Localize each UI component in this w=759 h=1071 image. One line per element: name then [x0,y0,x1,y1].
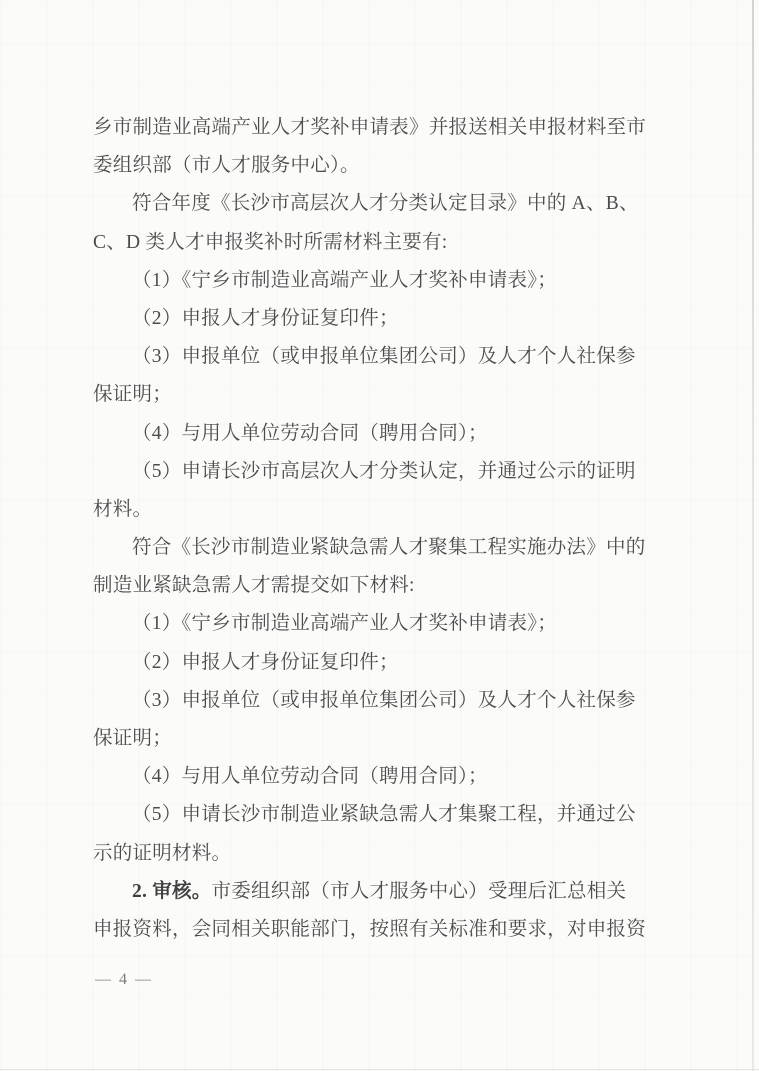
text-line: 申报资料，会同相关职能部门，按照有关标准和要求，对申报资 [93,911,653,949]
text-line-text: （5）申请长沙市制造业紧缺急需人才集聚工程，并通过公 [132,804,636,825]
text-line-text: 制造业紧缺急需人才需提交如下材料: [93,575,415,596]
text-line-text: （3）申报单位（或申报单位集团公司）及人才个人社保参 [132,690,636,711]
text-line-text: C、D 类人才申报奖补时所需材料主要有: [93,232,447,253]
scan-page-bottom-edge [0,1069,759,1070]
text-line: 保证明； [93,376,653,414]
text-line: （3）申报单位（或申报单位集团公司）及人才个人社保参 [93,682,653,720]
text-line-text: （3）申报单位（或申报单位集团公司）及人才个人社保参 [132,346,636,367]
text-line: （1）《宁乡市制造业高端产业人才奖补申请表》； [93,262,653,300]
text-line: （3）申报单位（或申报单位集团公司）及人才个人社保参 [93,338,653,376]
text-line-text: （1）《宁乡市制造业高端产业人才奖补申请表》； [132,270,557,291]
text-line: （2）申报人才身份证复印件； [93,300,653,338]
text-line: 2. 审核。市委组织部（市人才服务中心）受理后汇总相关 [93,873,653,911]
text-line-text: 委组织部（市人才服务中心）。 [93,155,360,176]
text-line-text: 材料。 [93,499,152,520]
text-line-bold-segment: 2. 审核。 [132,881,212,902]
text-line: 材料。 [93,491,653,529]
text-line: 制造业紧缺急需人才需提交如下材料: [93,567,653,605]
document-body: 乡市制造业高端产业人才奖补申请表》并报送相关申报材料至市委组织部（市人才服务中心… [93,109,653,949]
text-line: 符合《长沙市制造业紧缺急需人才聚集工程实施办法》中的 [93,529,653,567]
text-line: （2）申报人才身份证复印件； [93,644,653,682]
text-line-text: （4）与用人单位劳动合同（聘用合同）； [132,766,488,787]
text-line-text: （1）《宁乡市制造业高端产业人才奖补申请表》； [132,613,557,634]
text-line-text: （5）申请长沙市高层次人才分类认定，并通过公示的证明 [132,461,636,482]
text-line-text: 保证明； [93,384,172,405]
text-line: 乡市制造业高端产业人才奖补申请表》并报送相关申报材料至市 [93,109,653,147]
text-line: 示的证明材料。 [93,835,653,873]
text-line-text: 乡市制造业高端产业人才奖补申请表》并报送相关申报材料至市 [93,117,646,138]
text-line: C、D 类人才申报奖补时所需材料主要有: [93,224,653,262]
text-line-text: （2）申报人才身份证复印件； [132,652,399,673]
text-line-text: （4）与用人单位劳动合同（聘用合同）； [132,423,488,444]
text-line-text: 示的证明材料。 [93,843,231,864]
text-line-text: （2）申报人才身份证复印件； [132,308,399,329]
text-line-text: 符合年度《长沙市高层次人才分类认定目录》中的 A、B、 [132,193,639,214]
text-line-text: 保证明； [93,728,172,749]
text-line-text: 符合《长沙市制造业紧缺急需人才聚集工程实施办法》中的 [132,537,646,558]
document-page: 乡市制造业高端产业人才奖补申请表》并报送相关申报材料至市委组织部（市人才服务中心… [0,0,759,1071]
page-number: — 4 — [95,971,153,989]
text-line: （1）《宁乡市制造业高端产业人才奖补申请表》； [93,605,653,643]
text-line: （5）申请长沙市高层次人才分类认定，并通过公示的证明 [93,453,653,491]
text-line: 保证明； [93,720,653,758]
text-line-text: 市委组织部（市人才服务中心）受理后汇总相关 [212,881,627,902]
text-line: （4）与用人单位劳动合同（聘用合同）； [93,758,653,796]
scan-page-right-edge [752,0,754,1071]
text-line: 符合年度《长沙市高层次人才分类认定目录》中的 A、B、 [93,185,653,223]
text-line: （5）申请长沙市制造业紧缺急需人才集聚工程，并通过公 [93,796,653,834]
text-line: （4）与用人单位劳动合同（聘用合同）； [93,415,653,453]
text-line-text: 申报资料，会同相关职能部门，按照有关标准和要求，对申报资 [93,919,646,940]
text-line: 委组织部（市人才服务中心）。 [93,147,653,185]
